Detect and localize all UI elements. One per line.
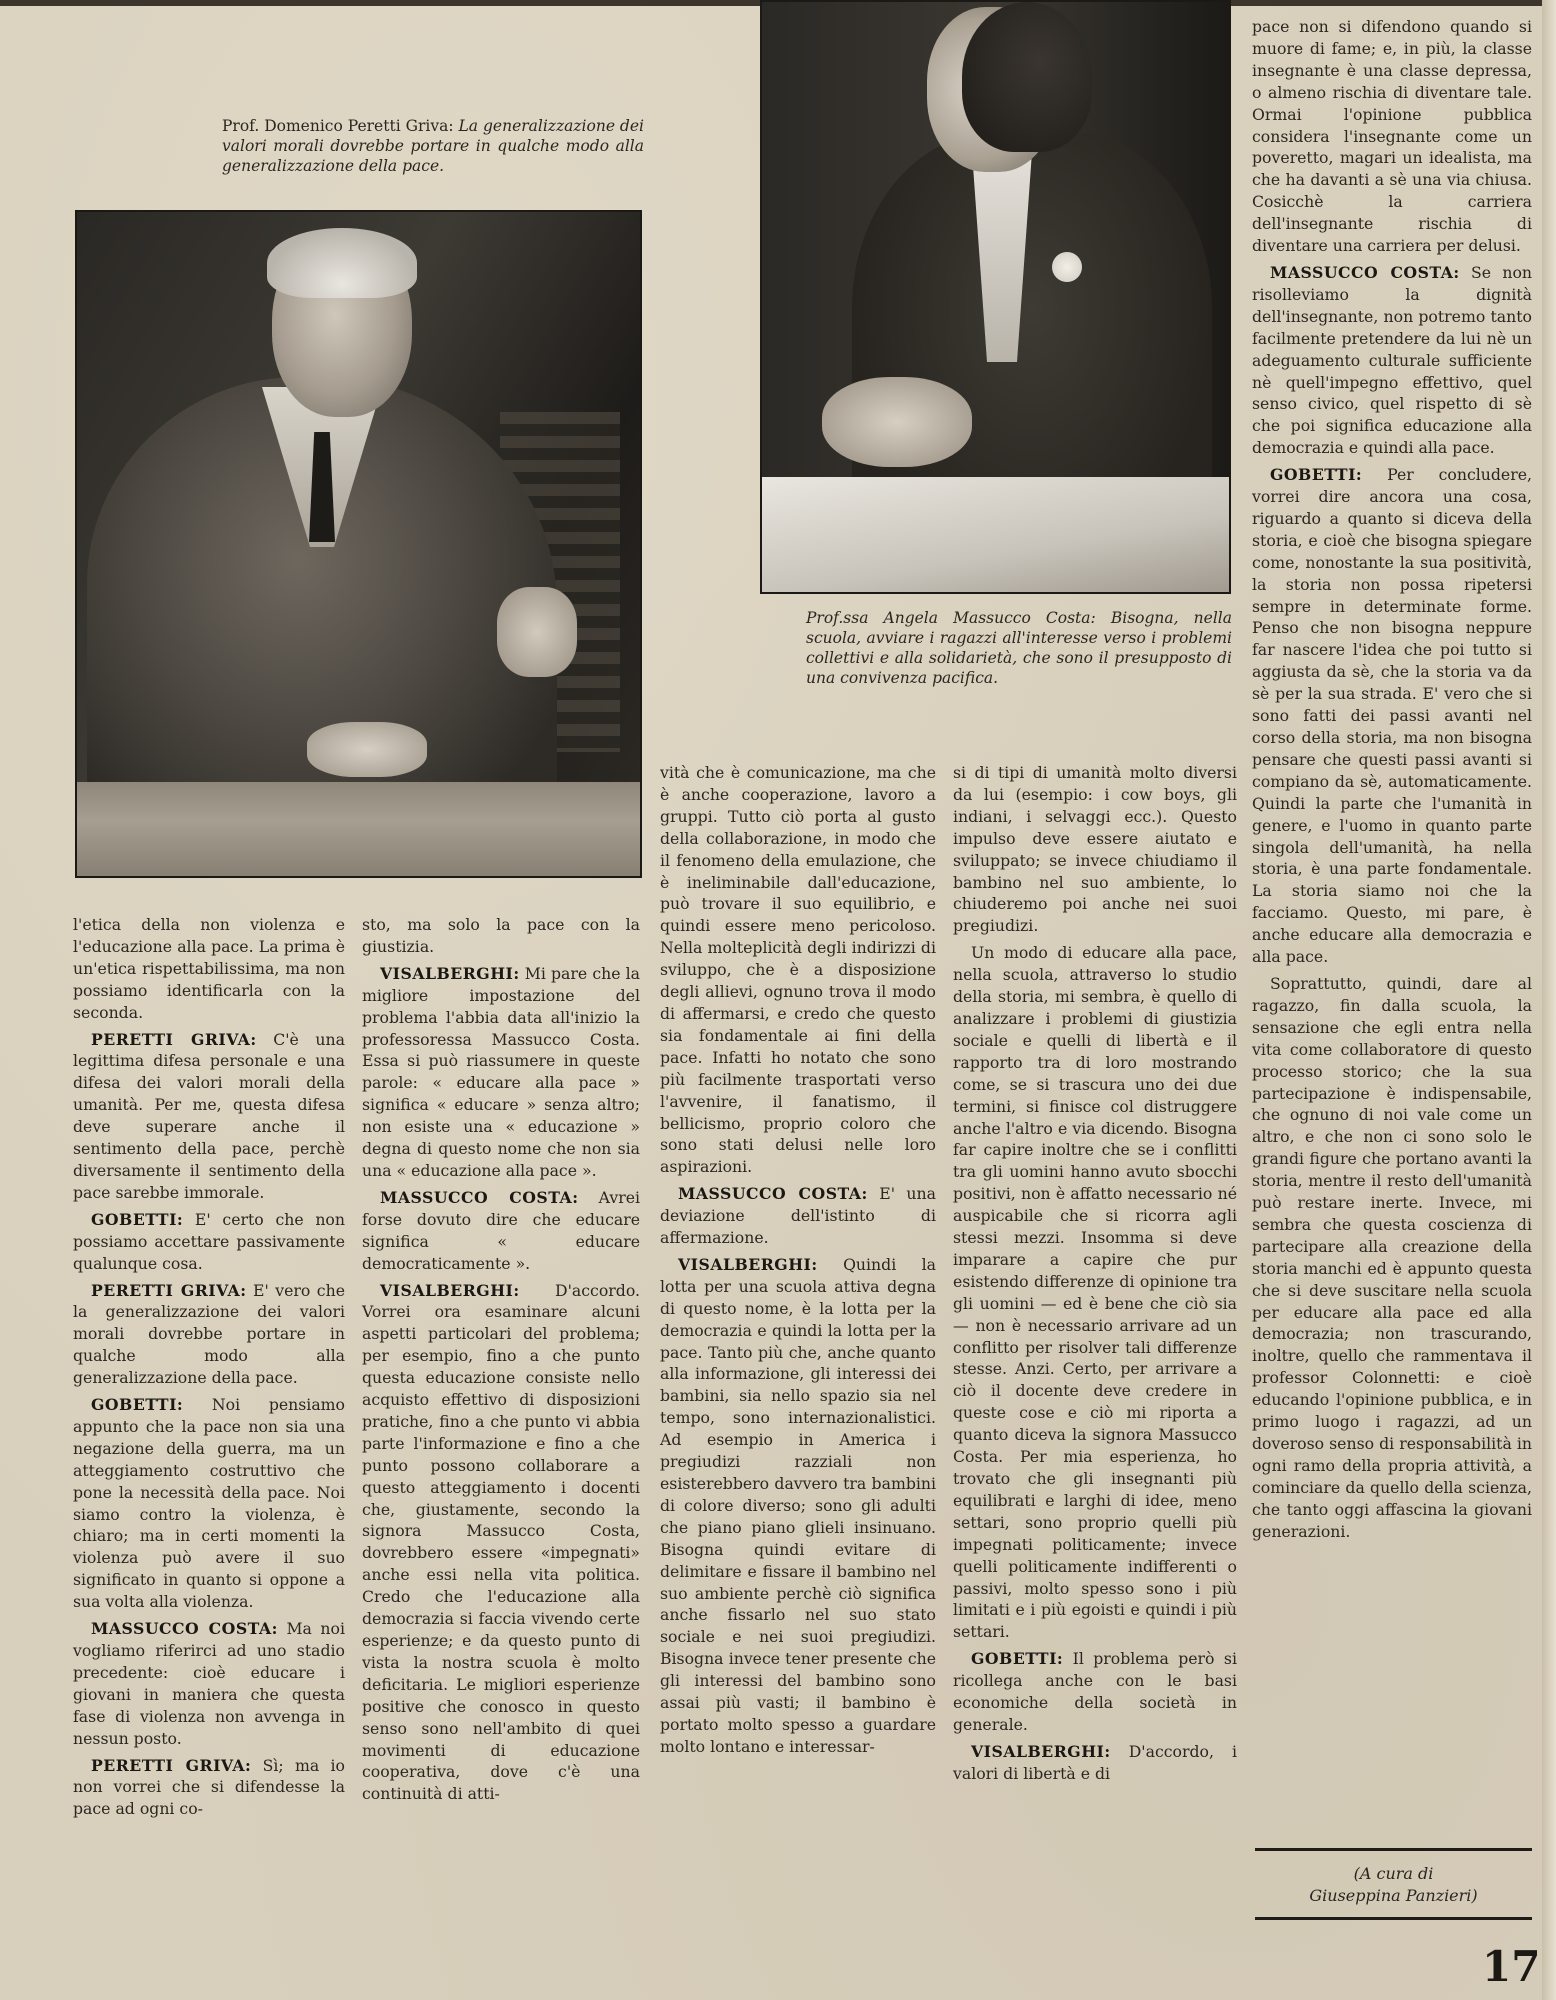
photo-brooch (1052, 252, 1082, 282)
paragraph-text: si di tipi di umanità molto diversi da l… (953, 763, 1237, 935)
text-column-5: pace non si difendono quando si muore di… (1252, 16, 1532, 1548)
paragraph: Soprattutto, quindi, dare al ragazzo, fi… (1252, 973, 1532, 1543)
paragraph: MASSUCCO COSTA: Se non risolleviamo la d… (1252, 262, 1532, 459)
paragraph: MASSUCCO COSTA: Avrei forse dovuto dire … (362, 1187, 640, 1275)
photo-hair (267, 228, 417, 298)
paragraph: sto, ma solo la pace con la giustizia. (362, 914, 640, 958)
paragraph-text: Per concludere, vorrei dire ancora una c… (1252, 465, 1532, 966)
paragraph-text: Un modo di educare alla pace, nella scuo… (953, 943, 1237, 1641)
photo-peretti-griva (75, 210, 642, 878)
speaker-name: GOBETTI: (91, 1395, 183, 1414)
speaker-name: VISALBERGHI: (380, 964, 520, 983)
speaker-name: VISALBERGHI: (678, 1255, 818, 1274)
caption-name: Prof. Domenico Peretti Griva: (222, 117, 454, 135)
paragraph: si di tipi di umanità molto diversi da l… (953, 762, 1237, 937)
paragraph: PERETTI GRIVA: C'è una legittima difesa … (73, 1029, 345, 1204)
speaker-name: PERETTI GRIVA: (91, 1281, 247, 1300)
text-column-4: si di tipi di umanità molto diversi da l… (953, 762, 1237, 1790)
paragraph-text: sto, ma solo la pace con la giustizia. (362, 915, 640, 956)
paragraph: Un modo di educare alla pace, nella scuo… (953, 942, 1237, 1643)
photo-caption-peretti-griva: Prof. Domenico Peretti Griva: La general… (222, 116, 644, 176)
photo-hand-raised (497, 587, 577, 677)
paragraph: PERETTI GRIVA: E' vero che la generalizz… (73, 1280, 345, 1390)
paragraph-text: D'accordo. Vorrei ora esaminare alcuni a… (362, 1281, 640, 1804)
paragraph-text: Noi pensiamo appunto che la pace non sia… (73, 1395, 345, 1611)
speaker-name: VISALBERGHI: (971, 1742, 1111, 1761)
page-right-edge (1542, 0, 1556, 2000)
photo-hair (962, 2, 1092, 152)
paragraph: l'etica della non violenza e l'educazion… (73, 914, 345, 1024)
speaker-name: MASSUCCO COSTA: (678, 1184, 868, 1203)
text-column-2: sto, ma solo la pace con la giustizia.VI… (362, 914, 640, 1810)
paragraph-text: pace non si difendono quando si muore di… (1252, 17, 1532, 255)
paragraph: pace non si difendono quando si muore di… (1252, 16, 1532, 257)
photo-caption-massucco-costa: Prof.ssa Angela Massucco Costa: Bisogna,… (806, 608, 1232, 688)
photo-desk (77, 782, 640, 878)
paragraph-text: l'etica della non violenza e l'educazion… (73, 915, 345, 1022)
paragraph-text: C'è una legittima difesa personale e una… (73, 1030, 345, 1202)
photo-hand-on-desk (307, 722, 427, 777)
credit-line-1: (A cura di (1255, 1863, 1532, 1885)
speaker-name: GOBETTI: (971, 1649, 1063, 1668)
paragraph-text: Ma noi vogliamo riferirci ad uno stadio … (73, 1619, 345, 1748)
speaker-name: PERETTI GRIVA: (91, 1030, 257, 1049)
article-credit: (A cura di Giuseppina Panzieri) (1255, 1848, 1532, 1920)
paragraph: MASSUCCO COSTA: E' una deviazione dell'i… (660, 1183, 936, 1249)
speaker-name: MASSUCCO COSTA: (91, 1619, 278, 1638)
page-number: 17 (1482, 1944, 1540, 1990)
speaker-name: PERETTI GRIVA: (91, 1756, 251, 1775)
speaker-name: VISALBERGHI: (380, 1281, 520, 1300)
paragraph: VISALBERGHI: D'accordo, i valori di libe… (953, 1741, 1237, 1785)
paragraph-text: Soprattutto, quindi, dare al ragazzo, fi… (1252, 974, 1532, 1541)
speaker-name: GOBETTI: (91, 1210, 183, 1229)
text-column-3: vità che è comunicazione, ma che è anche… (660, 762, 936, 1763)
speaker-name: MASSUCCO COSTA: (380, 1188, 579, 1207)
speaker-name: GOBETTI: (1270, 465, 1362, 484)
paragraph-text: Quindi la lotta per una scuola attiva de… (660, 1255, 936, 1756)
paragraph: vità che è comunicazione, ma che è anche… (660, 762, 936, 1178)
paragraph: VISALBERGHI: Mi pare che la migliore imp… (362, 963, 640, 1182)
paragraph: MASSUCCO COSTA: Ma noi vogliamo riferirc… (73, 1618, 345, 1749)
paragraph: VISALBERGHI: Quindi la lotta per una scu… (660, 1254, 936, 1758)
caption-name: Prof.ssa Angela Massucco Costa: (806, 609, 1096, 627)
paragraph: GOBETTI: Il problema però si ricollega a… (953, 1648, 1237, 1736)
paragraph: GOBETTI: Per concludere, vorrei dire anc… (1252, 464, 1532, 968)
photo-papers (762, 477, 1229, 594)
credit-line-2: Giuseppina Panzieri) (1255, 1885, 1532, 1907)
paragraph: PERETTI GRIVA: Sì; ma io non vorrei che … (73, 1755, 345, 1821)
magazine-page: Prof. Domenico Peretti Griva: La general… (0, 0, 1556, 2000)
speaker-name: MASSUCCO COSTA: (1270, 263, 1460, 282)
paragraph-text: Se non risolleviamo la dignità dell'inse… (1252, 263, 1532, 457)
paragraph-text: Mi pare che la migliore impostazione del… (362, 964, 640, 1180)
paragraph: GOBETTI: E' certo che non possiamo accet… (73, 1209, 345, 1275)
photo-hands (822, 377, 972, 467)
text-column-1: l'etica della non violenza e l'educazion… (73, 914, 345, 1825)
paragraph-text: vità che è comunicazione, ma che è anche… (660, 763, 936, 1176)
paragraph: GOBETTI: Noi pensiamo appunto che la pac… (73, 1394, 345, 1613)
paragraph: VISALBERGHI: D'accordo. Vorrei ora esami… (362, 1280, 640, 1806)
photo-massucco-costa (760, 0, 1231, 594)
